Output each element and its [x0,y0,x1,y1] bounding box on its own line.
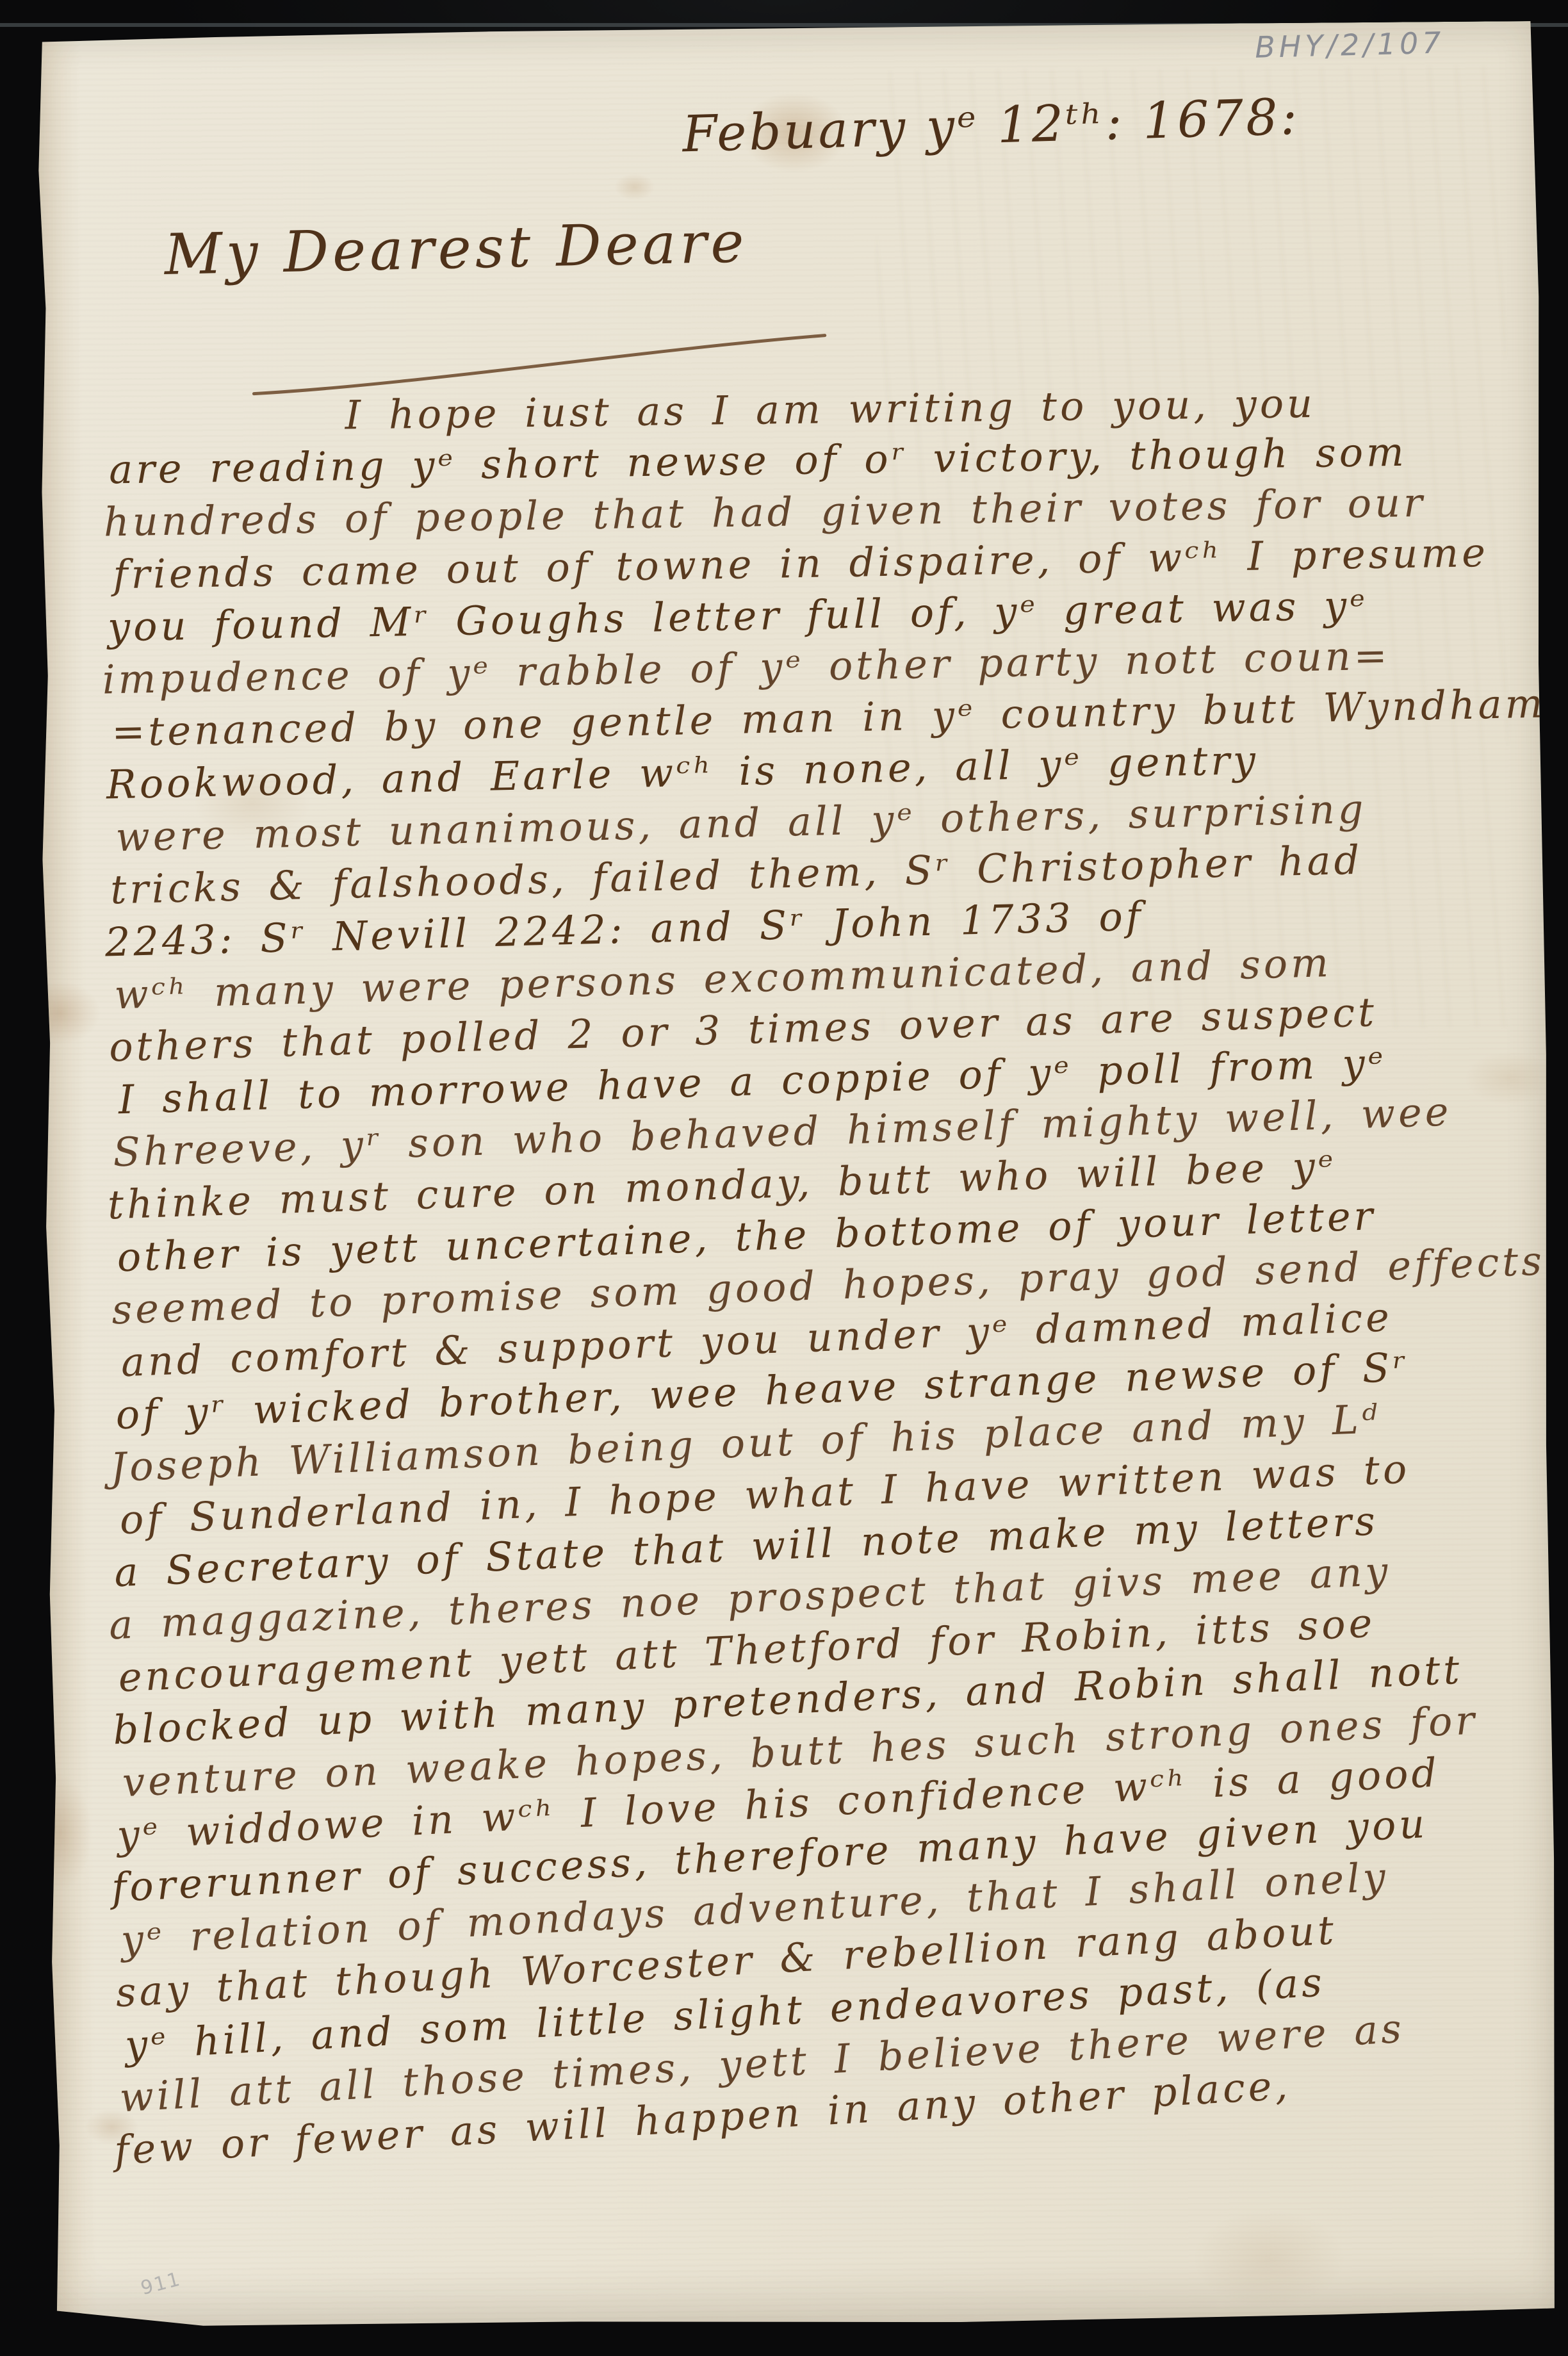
archive-reference: BHY/2/107 [1255,25,1446,64]
letter-body: I hope iust as I am writing to you, youa… [106,380,1555,2177]
manuscript-page: BHY/2/107 Febuary yᵉ 12ᵗʰ: 1678: My Dear… [35,21,1559,2329]
salutation: My Dearest Deare [164,209,749,288]
pencil-mark: 911 [138,2268,183,2300]
photo-background: BHY/2/107 Febuary yᵉ 12ᵗʰ: 1678: My Dear… [0,0,1568,2356]
